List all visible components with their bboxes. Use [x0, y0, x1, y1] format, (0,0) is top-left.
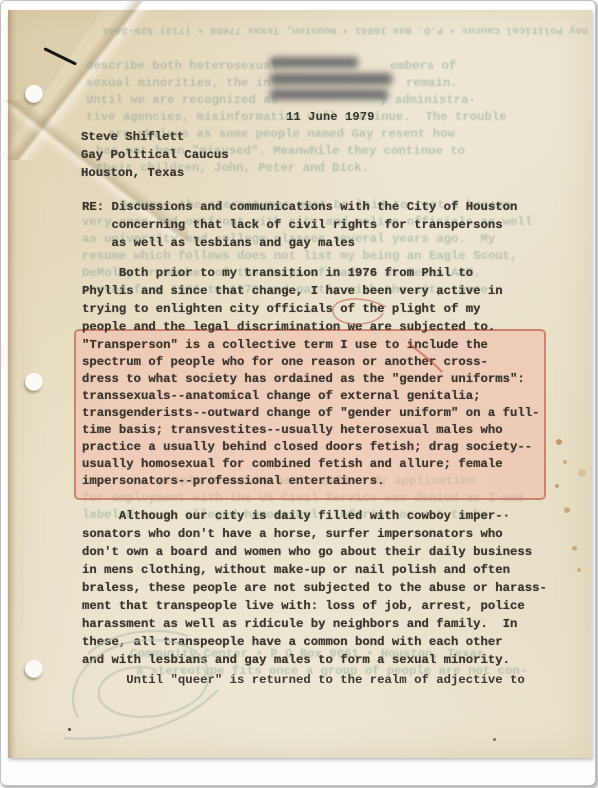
- highlighted-paragraph: "Transperson" is a collective term I use…: [82, 337, 540, 490]
- hole-punch: [25, 660, 43, 678]
- scan-frame: Gay Political Caucus • P.O. Box 16041 • …: [0, 0, 596, 786]
- text-line: spectrum of people who for one reason or…: [82, 354, 540, 371]
- paper-stain: [493, 738, 496, 741]
- text-line: "Transperson" is a collective term I use…: [82, 337, 540, 354]
- text-line: transsexuals--anatomical change of exter…: [82, 388, 540, 405]
- bleed-through-text: remain.: [406, 76, 458, 90]
- bleed-through-text: sexual minorities, the in: [86, 76, 270, 90]
- subject-re-block: RE: Discussions and communications with …: [82, 198, 517, 252]
- text-line: dress to what society has ordained as th…: [82, 371, 540, 388]
- paper-stain: [578, 469, 586, 477]
- text-line: Although our city is daily filled with c…: [82, 507, 547, 525]
- paper-stain: [68, 728, 71, 731]
- text-line: Both prior to my transition in 1976 from…: [82, 264, 503, 282]
- paragraph-2: Although our city is daily filled with c…: [82, 507, 547, 669]
- paper-stain: [555, 484, 559, 488]
- text-line: Gay Political Caucus: [81, 146, 229, 164]
- text-line: don't own a board and women who go about…: [82, 543, 547, 561]
- closing-line: Until "queer" is returned to the realm o…: [82, 673, 525, 687]
- text-line: RE: Discussions and communications with …: [82, 198, 517, 216]
- paper-stain: [564, 507, 570, 513]
- redaction-bar: [270, 57, 358, 68]
- paragraph-1: Both prior to my transition in 1976 from…: [82, 264, 503, 336]
- text-line: these, all transpeople have a common bon…: [82, 633, 547, 651]
- text-line: sonators who don't have a horse, surfer …: [82, 525, 547, 543]
- recipient-address-block: Steve ShiflettGay Political CaucusHousto…: [81, 128, 229, 182]
- text-line: Steve Shiflett: [81, 128, 229, 146]
- paper-stain: [577, 568, 581, 572]
- text-line: practice a usually behind closed doors f…: [82, 439, 540, 456]
- text-line: impersonators--professional entertainers…: [82, 473, 540, 490]
- text-line: time basis; transvestites--usually heter…: [82, 422, 540, 439]
- redaction-bar: [270, 89, 388, 100]
- pen-mark: [43, 47, 77, 65]
- text-line: braless, these people are not subjected …: [82, 579, 547, 597]
- text-line: as well as lesbians and gay males: [82, 234, 517, 252]
- paper-stain: [572, 546, 577, 551]
- text-line: trying to enlighten city officials of th…: [82, 300, 503, 318]
- text-line: and with lesbians and gay males to form …: [82, 651, 547, 669]
- text-line: ment that transpeople live with: loss of…: [82, 597, 547, 615]
- bleed-through-text: embers of: [390, 59, 456, 73]
- page-edge-shadow: [8, 10, 17, 758]
- bleed-through-text: y administra-: [380, 93, 476, 107]
- hole-punch: [25, 85, 43, 103]
- text-line: people and the legal discrimination we a…: [82, 318, 503, 336]
- hole-punch: [25, 373, 43, 391]
- text-line: usually homosexual for combined fetish a…: [82, 456, 540, 473]
- bleed-through-text: describe both heterosexual: [86, 59, 278, 73]
- letter-date: 11 June 1979: [286, 110, 375, 124]
- text-line: harassment as well as ridicule by neighb…: [82, 615, 547, 633]
- upside-down-letterhead-bleed: Gay Political Caucus • P.O. Box 16041 • …: [168, 24, 588, 36]
- text-line: Phyllis and since that change, I have be…: [82, 282, 503, 300]
- paper-stain: [563, 460, 567, 464]
- paper-stain: [556, 439, 562, 445]
- bleed-through-text: Until we are recognized as: [86, 93, 278, 107]
- text-line: Houston, Texas: [81, 164, 229, 182]
- redaction-bar: [270, 73, 392, 85]
- letter-page: Gay Political Caucus • P.O. Box 16041 • …: [8, 10, 592, 758]
- text-line: in mens clothing, without make-up or nai…: [82, 561, 547, 579]
- text-line: transgenderists--outward change of "gend…: [82, 405, 540, 422]
- text-line: concerning that lack of civil rights for…: [82, 216, 517, 234]
